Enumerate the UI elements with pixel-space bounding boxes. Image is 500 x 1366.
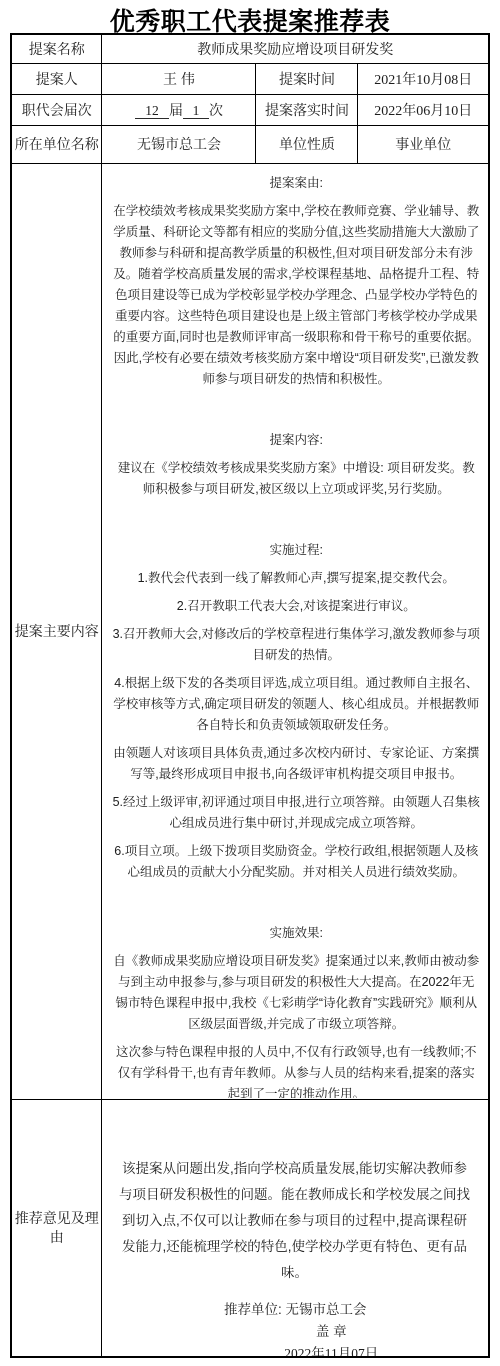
row-main-content: 提案主要内容 提案案由: 在学校绩效考核成果奖奖励方案中,学校在教师竞赛、学业辅… bbox=[11, 163, 489, 1099]
recommendation-cell: 该提案从问题出发,指向学校高质量发展,能切实解决教师参与项目研发积极性的问题。能… bbox=[102, 1099, 489, 1357]
main-content-body: 提案案由: 在学校绩效考核成果奖奖励方案中,学校在教师竞赛、学业辅导、教学质量、… bbox=[104, 164, 486, 1098]
process-step-4: 4.根据上级下发的各类项目评选,成立项目组。通过教师自主报名、学校审核等方式,确… bbox=[112, 673, 480, 736]
session-unit-text: 届 bbox=[169, 102, 183, 118]
main-content-cell: 提案案由: 在学校绩效考核成果奖奖励方案中,学校在教师竞赛、学业辅导、教学质量、… bbox=[102, 163, 489, 1099]
proposer-label: 提案人 bbox=[11, 63, 102, 94]
proposal-name-value: 教师成果奖励应增设项目研发奖 bbox=[102, 34, 489, 63]
seal-line: 盖 章 bbox=[148, 1321, 486, 1343]
form-page: 优秀职工代表提案推荐表 提案名称 教师成果奖励应增设项目研发奖 提案人 王 伟 … bbox=[0, 0, 500, 1366]
effect-paragraph-1: 自《教师成果奖励应增设项目研发奖》提案通过以来,教师由被动参与到主动申报参与,参… bbox=[112, 951, 480, 1035]
unit-name-value: 无锡市总工会 bbox=[102, 125, 256, 163]
meeting-number-blank: 1 bbox=[183, 103, 209, 119]
proposal-name-label: 提案名称 bbox=[11, 34, 102, 63]
process-step-5: 5.经过上级评审,初评通过项目申报,进行立项答辩。由领题人召集核心组成员进行集中… bbox=[112, 792, 480, 834]
recommendation-body: 该提案从问题出发,指向学校高质量发展,能切实解决教师参与项目研发积极性的问题。能… bbox=[104, 1100, 486, 1356]
implement-time-value: 2022年06月10日 bbox=[358, 94, 489, 125]
section-content-heading: 提案内容: bbox=[112, 430, 480, 451]
proposal-form-table: 提案名称 教师成果奖励应增设项目研发奖 提案人 王 伟 提案时间 2021年10… bbox=[10, 33, 490, 1358]
section-effect-heading: 实施效果: bbox=[112, 923, 480, 944]
row-unit: 所在单位名称 无锡市总工会 单位性质 事业单位 bbox=[11, 125, 489, 163]
page-title: 优秀职工代表提案推荐表 bbox=[0, 0, 500, 33]
implement-time-label: 提案落实时间 bbox=[256, 94, 358, 125]
congress-session-value: 12届1次 bbox=[102, 94, 256, 125]
proposer-value: 王 伟 bbox=[102, 63, 256, 94]
process-step-3: 3.召开教师大会,对修改后的学校章程进行集体学习,激发教师参与项目研发的热情。 bbox=[112, 624, 480, 666]
proposal-time-label: 提案时间 bbox=[256, 63, 358, 94]
proposal-time-value: 2021年10月08日 bbox=[358, 63, 489, 94]
process-step-6: 6.项目立项。上级下拨项目奖励资金。学校行政组,根据领题人及核心组成员的贡献大小… bbox=[112, 841, 480, 883]
main-content-label: 提案主要内容 bbox=[11, 163, 102, 1099]
recommend-unit-line: 推荐单位: 无锡市总工会 bbox=[112, 1299, 478, 1321]
row-proposer: 提案人 王 伟 提案时间 2021年10月08日 bbox=[11, 63, 489, 94]
row-congress-session: 职代会届次 12届1次 提案落实时间 2022年06月10日 bbox=[11, 94, 489, 125]
recommendation-signature: 推荐单位: 无锡市总工会 盖 章 2022年11月07日 bbox=[112, 1299, 478, 1356]
meeting-unit-text: 次 bbox=[209, 102, 223, 118]
process-step-1: 1.教代会代表到一线了解教师心声,撰写提案,提交教代会。 bbox=[112, 568, 480, 589]
row-recommendation: 推荐意见及理由 该提案从问题出发,指向学校高质量发展,能切实解决教师参与项目研发… bbox=[11, 1099, 489, 1357]
recommendation-text: 该提案从问题出发,指向学校高质量发展,能切实解决教师参与项目研发积极性的问题。能… bbox=[118, 1156, 470, 1286]
recommendation-label: 推荐意见及理由 bbox=[11, 1099, 102, 1357]
section-reason-paragraph: 在学校绩效考核成果奖奖励方案中,学校在教师竞赛、学业辅导、教学质量、科研论文等都… bbox=[112, 201, 480, 390]
signature-date: 2022年11月07日 bbox=[148, 1343, 486, 1356]
process-step-2: 2.召开教职工代表大会,对该提案进行审议。 bbox=[112, 596, 480, 617]
congress-session-label: 职代会届次 bbox=[11, 94, 102, 125]
section-content-paragraph: 建议在《学校绩效考核成果奖奖励方案》中增设: 项目研发奖。教师积极参与项目研发,… bbox=[112, 458, 480, 500]
section-reason-heading: 提案案由: bbox=[112, 173, 480, 194]
session-number-blank: 12 bbox=[135, 103, 169, 119]
unit-type-label: 单位性质 bbox=[256, 125, 358, 163]
section-process-heading: 实施过程: bbox=[112, 540, 480, 561]
unit-name-label: 所在单位名称 bbox=[11, 125, 102, 163]
row-proposal-name: 提案名称 教师成果奖励应增设项目研发奖 bbox=[11, 34, 489, 63]
unit-type-value: 事业单位 bbox=[358, 125, 489, 163]
process-step-4b: 由领题人对该项目具体负责,通过多次校内研讨、专家论证、方案撰写等,最终形成项目申… bbox=[112, 743, 480, 785]
effect-paragraph-2: 这次参与特色课程申报的人员中,不仅有行政领导,也有一线教师;不仅有学科骨干,也有… bbox=[112, 1042, 480, 1098]
